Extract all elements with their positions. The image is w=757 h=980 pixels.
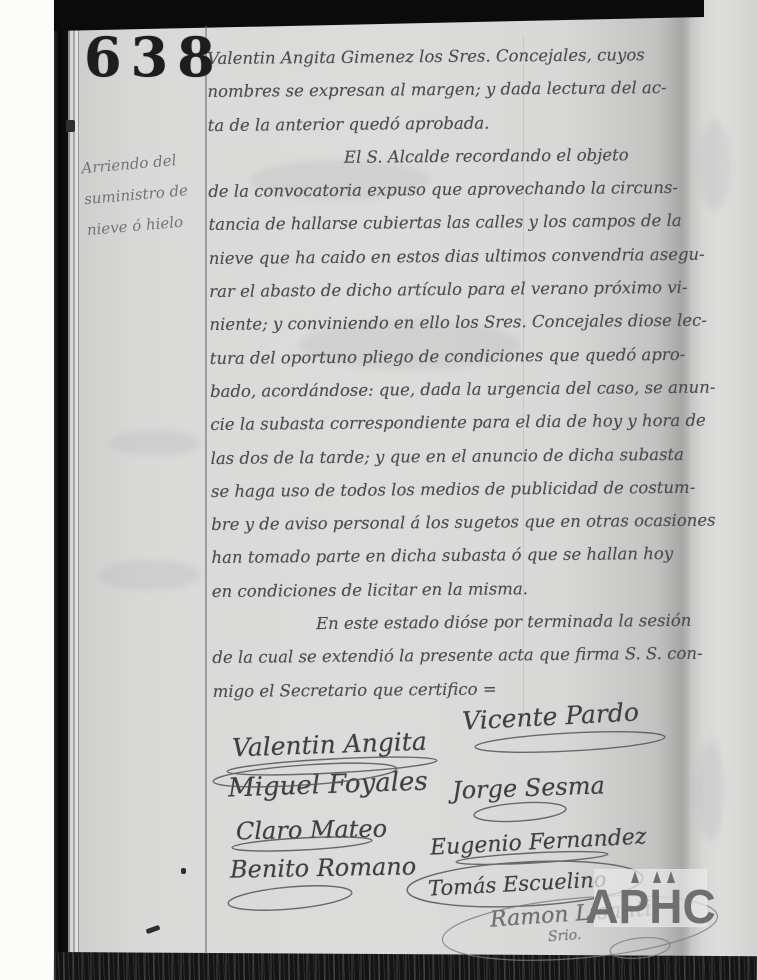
pencil-tip-icon	[631, 871, 639, 883]
body-line: de la cual se extendió la presente acta …	[212, 637, 690, 674]
ink-speck	[181, 868, 186, 874]
body-line: tura del oportuno pliego de condiciones …	[210, 337, 688, 374]
bleed-through-smudge	[700, 120, 730, 210]
signature-claro-mateo: Claro Mateo	[236, 815, 388, 846]
body-line: se haga uso de todos los medios de publi…	[211, 471, 689, 508]
body-line: cie la subasta correspondiente para el d…	[210, 404, 688, 441]
body-line: las dos de la tarde; y que en el anuncio…	[210, 437, 688, 474]
margin-note: Arriendo del suministro de nieve ó hielo	[80, 143, 208, 246]
body-line: rar el abasto de dicho artículo para el …	[209, 271, 687, 308]
signature-jorge-sesma: Jorge Sesma	[452, 771, 606, 804]
pencil-tip-icon	[667, 871, 675, 883]
body-line: han tomado parte en dicha subasta ó que …	[211, 537, 689, 574]
bleed-through-smudge	[110, 430, 200, 456]
body-line: en condiciones de licitar en la misma.	[212, 571, 690, 608]
body-line: En este estado dióse por terminada la se…	[316, 604, 690, 641]
bleed-through-smudge	[100, 560, 200, 590]
stacked-page-edges	[68, 0, 82, 980]
pencil-tip-icon	[653, 871, 661, 883]
archive-watermark: APHC	[594, 869, 707, 927]
scanned-manuscript-page: 638 Arriendo del suministro de nieve ó h…	[0, 0, 757, 980]
body-line: ta de la anterior quedó aprobada.	[208, 104, 686, 141]
folio-number: 638	[84, 30, 224, 84]
bleed-through-smudge	[698, 740, 724, 840]
body-line: El S. Alcalde recordando el objeto	[344, 138, 686, 174]
watermark-text: APHC	[585, 884, 715, 928]
body-line: tancia de hallarse cubiertas las calles …	[208, 204, 686, 241]
body-line: de la convocatoria expuso que aprovechan…	[208, 171, 686, 208]
body-line: nieve que ha caido en estos dias ultimos…	[209, 238, 687, 275]
book-binding	[54, 0, 68, 980]
book-cover-bottom-edge	[54, 952, 757, 980]
ruled-margin-line	[205, 26, 207, 954]
body-line: niente; y conviniendo en ello los Sres. …	[209, 304, 687, 341]
body-line: bado, acordándose: que, dada la urgencia…	[210, 371, 688, 408]
signature-benito-romano: Benito Romano	[230, 852, 417, 883]
signature-secretary-title: Srio.	[547, 927, 581, 945]
body-line: nombres se expresan al margen; y dada le…	[207, 71, 685, 108]
body-line: bre y de aviso personal á los sugetos qu…	[211, 504, 689, 541]
ink-speck	[66, 120, 75, 132]
manuscript-body: Valentin Angita Gimenez los Sres. Concej…	[207, 38, 691, 708]
body-line: Valentin Angita Gimenez los Sres. Concej…	[207, 38, 685, 75]
